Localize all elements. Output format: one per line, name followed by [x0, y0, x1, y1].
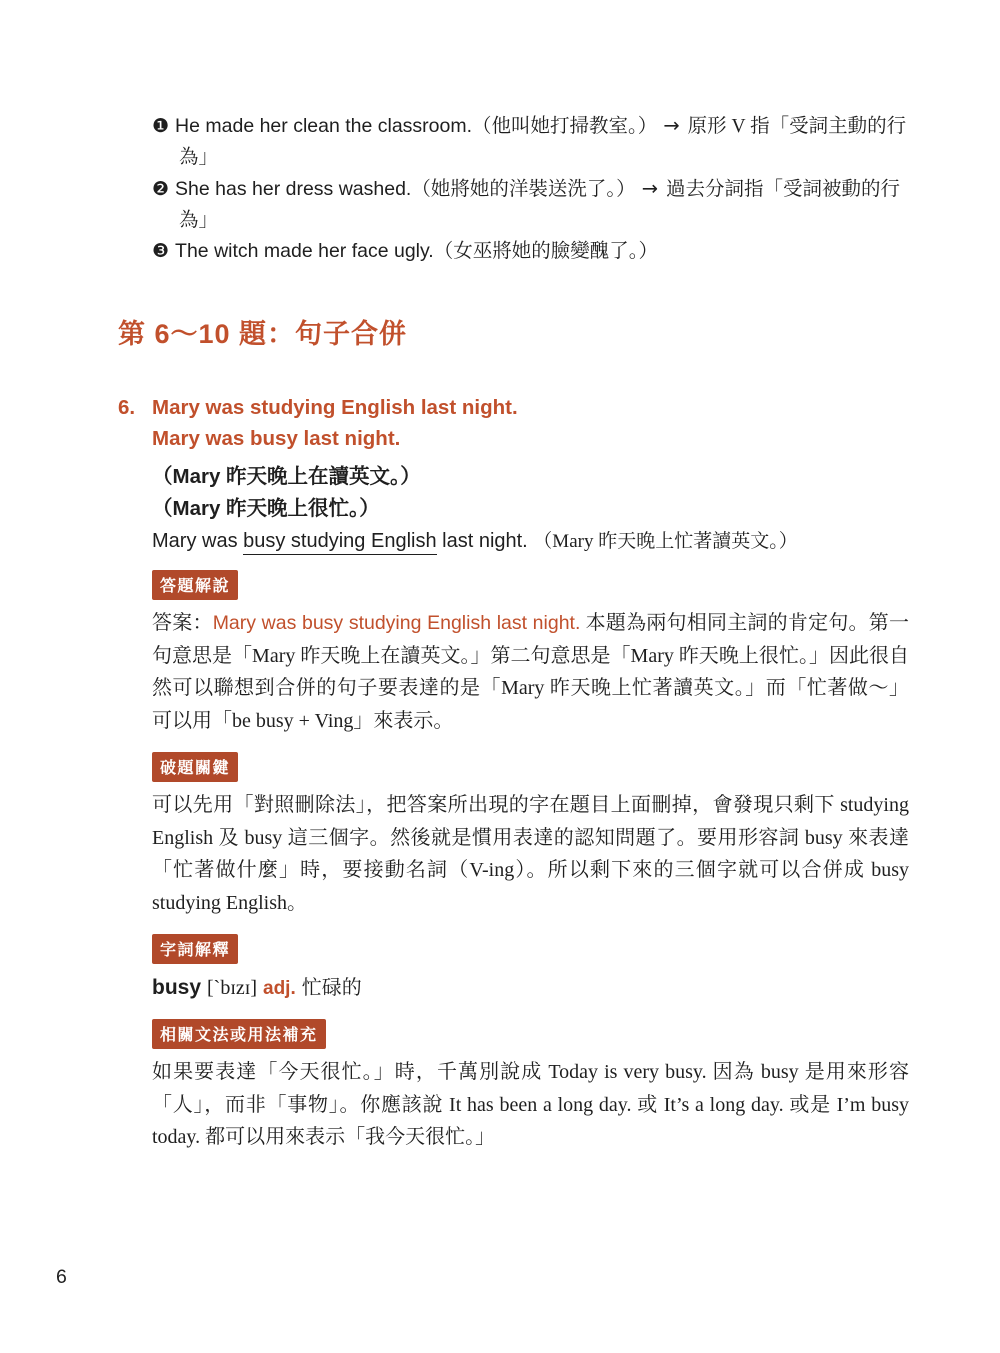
vocab-part-of-speech: adj.: [263, 978, 296, 999]
example-translation: （她將她的洋裝送洗了。）: [411, 179, 635, 200]
translation-block: （Mary 昨天晚上在讀英文。） （Mary 昨天晚上很忙。） Mary was…: [152, 461, 942, 558]
arrow-icon: →: [642, 177, 658, 200]
answer-label: 答案：: [152, 612, 213, 634]
arrow-icon: →: [663, 114, 679, 137]
explanation-blocks: 答題解說 答案：Mary was busy studying English l…: [152, 570, 909, 1154]
example-item-1: ❶He made her clean the classroom.（他叫她打掃教…: [152, 110, 920, 173]
question-sentences: Mary was studying English last night. Ma…: [152, 392, 518, 454]
example-translation: （他叫她打掃教室。）: [472, 116, 657, 137]
question-translation-2: （Mary 昨天晚上很忙。）: [152, 493, 942, 525]
question-number: 6.: [118, 392, 152, 454]
vocab-word: busy: [152, 976, 201, 999]
circled-one-icon: ❶: [152, 115, 169, 137]
question-block: 6. Mary was studying English last night.…: [118, 392, 518, 454]
combined-answer-line: Mary was busy studying English last nigh…: [152, 525, 942, 558]
example-list: ❶He made her clean the classroom.（他叫她打掃教…: [152, 110, 920, 267]
answer-sentence-highlight: Mary was busy studying English last nigh…: [213, 612, 581, 634]
question-translation-1: （Mary 昨天晚上在讀英文。）: [152, 461, 942, 493]
page-number: 6: [56, 1266, 67, 1289]
question-line-2: Mary was busy last night.: [152, 423, 518, 454]
question-line-1: Mary was studying English last night.: [152, 392, 518, 423]
example-item-3: ❸The witch made her face ugly.（女巫將她的臉變醜了…: [152, 236, 920, 267]
answer-underlined-part: busy studying English: [243, 530, 436, 555]
key-point-badge: 破題關鍵: [152, 752, 238, 782]
circled-two-icon: ❷: [152, 178, 169, 200]
vocab-meaning: 忙碌的: [302, 977, 362, 999]
circled-three-icon: ❸: [152, 240, 169, 262]
example-sentence: The witch made her face ugly.: [175, 240, 434, 262]
answer-explanation-paragraph: 答案：Mary was busy studying English last n…: [152, 607, 909, 737]
example-sentence: She has her dress washed.: [175, 178, 411, 200]
example-sentence: He made her clean the classroom.: [175, 115, 472, 137]
book-page: ❶He made her clean the classroom.（他叫她打掃教…: [0, 0, 1000, 1353]
section-title: 第 6～10 題：句子合併: [118, 312, 407, 351]
example-translation: （女巫將她的臉變醜了。）: [434, 241, 658, 262]
key-point-paragraph: 可以先用「對照刪除法」，把答案所出現的字在題目上面刪掉，會發現只剩下 study…: [152, 789, 909, 919]
answer-translation: （Mary 昨天晚上忙著讀英文。）: [533, 531, 797, 552]
example-item-2: ❷She has her dress washed.（她將她的洋裝送洗了。）→過…: [152, 173, 920, 236]
grammar-note-badge: 相關文法或用法補充: [152, 1019, 326, 1049]
vocab-pronunciation: [ˋbɪzɪ]: [207, 977, 257, 999]
vocabulary-entry: busy[ˋbɪzɪ]adj.忙碌的: [152, 973, 909, 1004]
vocabulary-badge: 字詞解釋: [152, 934, 238, 964]
answer-explanation-badge: 答題解說: [152, 570, 238, 600]
grammar-note-paragraph: 如果要表達「今天很忙。」時，千萬別說成 Today is very busy. …: [152, 1056, 909, 1154]
answer-prefix: Mary was: [152, 530, 243, 552]
answer-suffix: last night.: [437, 530, 534, 552]
